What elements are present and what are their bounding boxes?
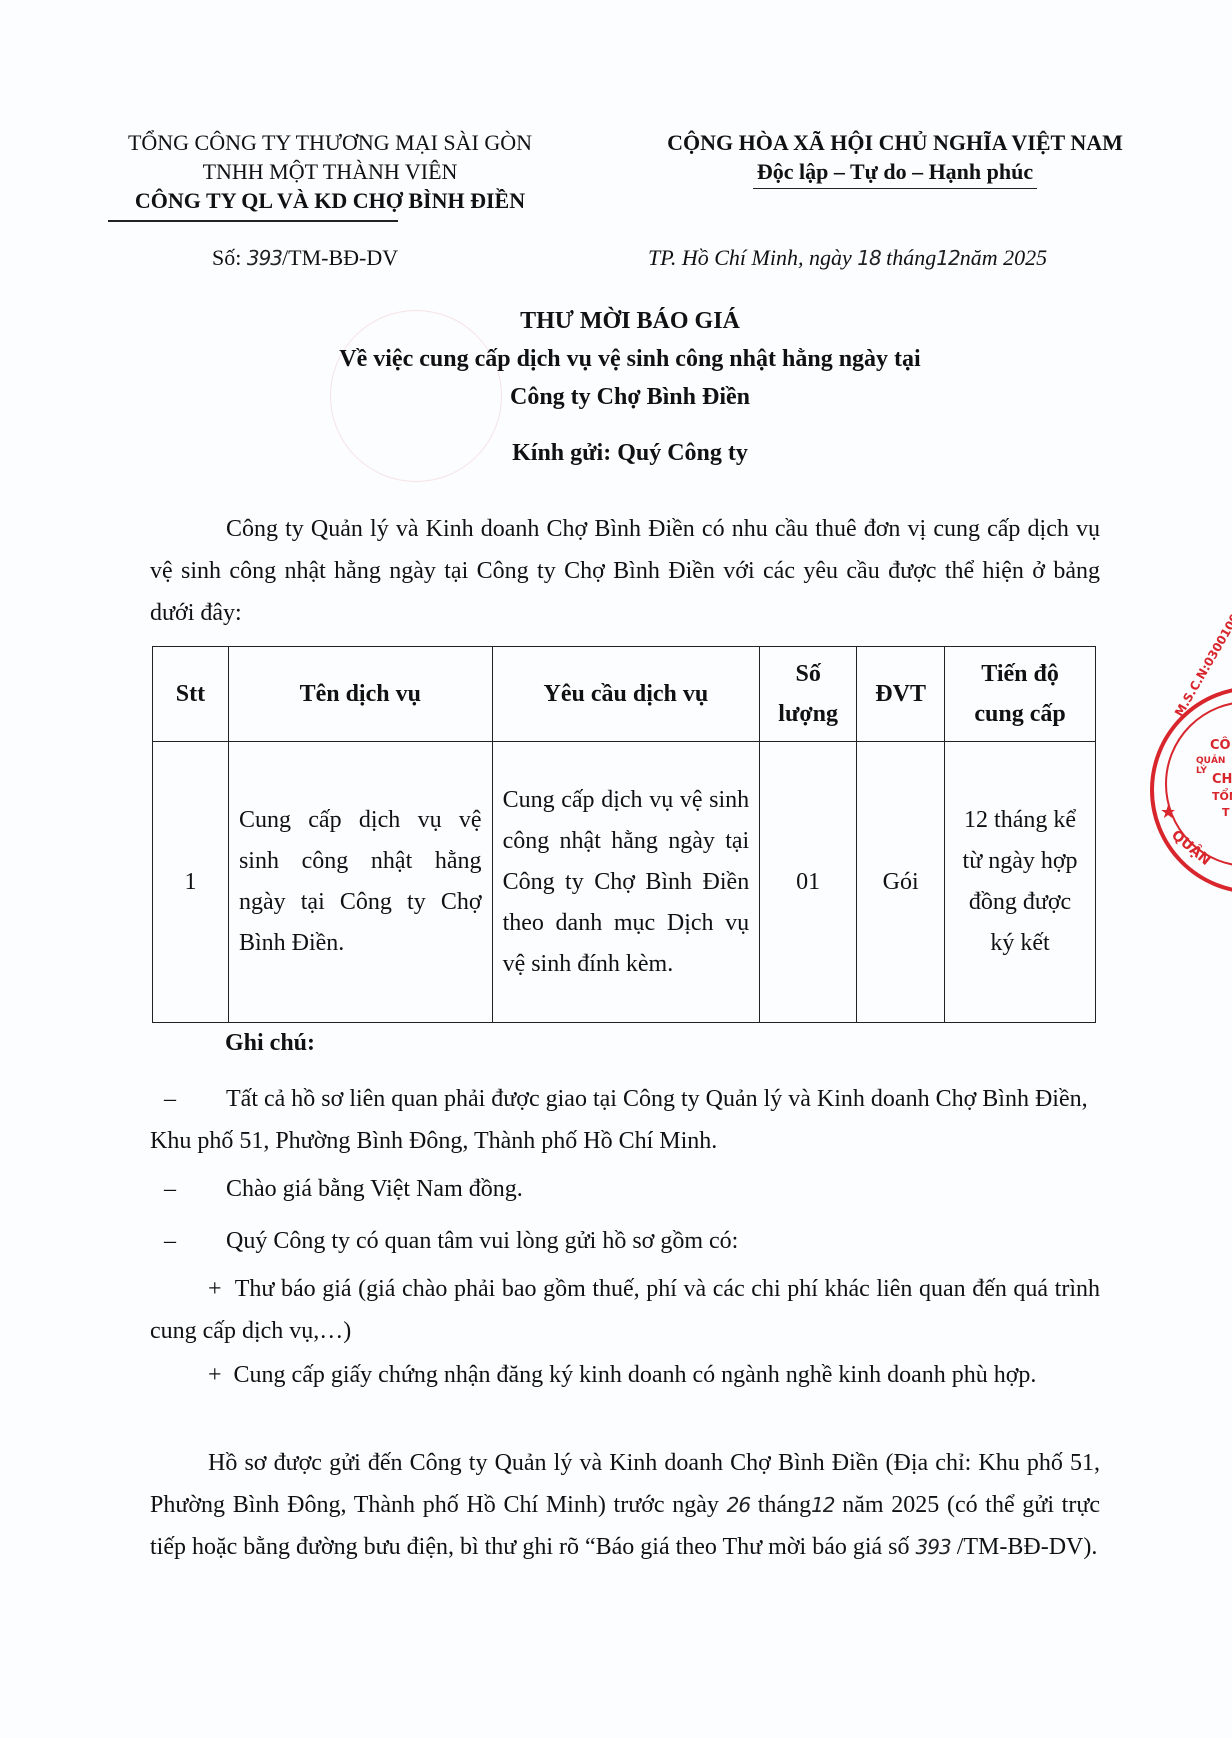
national-header: CỘNG HÒA XÃ HỘI CHỦ NGHĨA VIỆT NAM Độc l… xyxy=(625,128,1165,189)
national-title: CỘNG HÒA XÃ HỘI CHỦ NGHĨA VIỆT NAM xyxy=(625,128,1165,157)
col-header-unit: ĐVT xyxy=(857,647,945,742)
table-header-row: Stt Tên dịch vụ Yêu cầu dịch vụ Số lượng… xyxy=(153,647,1096,742)
col-header-service-name: Tên dịch vụ xyxy=(228,647,492,742)
issuer-header: TỔNG CÔNG TY THƯƠNG MẠI SÀI GÒN TNHH MỘT… xyxy=(80,128,580,215)
cell-unit: Gói xyxy=(857,742,945,1023)
greeting: Kính gửi: Quý Công ty xyxy=(150,440,1110,467)
note-plus-marker: + xyxy=(208,1276,222,1302)
note-text: Chào giá bằng Việt Nam đồng. xyxy=(226,1176,523,1202)
cell-quantity: 01 xyxy=(760,742,857,1023)
note-item: –Tất cả hồ sơ liên quan phải được giao t… xyxy=(150,1078,1100,1162)
service-table: Stt Tên dịch vụ Yêu cầu dịch vụ Số lượng… xyxy=(152,646,1096,1023)
note-sub-item: + Thư báo giá (giá chào phải bao gồm thu… xyxy=(150,1268,1100,1352)
note-dash-marker: – xyxy=(150,1168,226,1210)
date-prefix: TP. Hồ Chí Minh, ngày xyxy=(648,245,857,270)
issuer-company-name: CÔNG TY QL VÀ KD CHỢ BÌNH ĐIỀN xyxy=(80,186,580,215)
doc-number-handwritten: 393 xyxy=(247,246,282,270)
notes-title: Ghi chú: xyxy=(225,1030,315,1057)
note-sub-text: Thư báo giá (giá chào phải bao gồm thuế,… xyxy=(150,1276,1100,1344)
document-subject-line2: Công ty Chợ Bình Điền xyxy=(150,378,1110,416)
closing-text-part2: tháng xyxy=(750,1492,811,1518)
date-month-handwritten: 12 xyxy=(936,246,959,270)
date-day-handwritten: 18 xyxy=(857,246,880,270)
parent-company-type: TNHH MỘT THÀNH VIÊN xyxy=(80,157,580,186)
closing-paragraph: Hồ sơ được gửi đến Công ty Quản lý và Ki… xyxy=(150,1442,1100,1568)
col-header-requirement: Yêu cầu dịch vụ xyxy=(492,647,760,742)
document-date: TP. Hồ Chí Minh, ngày 18 tháng12năm 2025 xyxy=(648,245,1047,271)
deadline-month-handwritten: 12 xyxy=(811,1493,834,1517)
note-sub-text: Cung cấp giấy chứng nhận đăng ký kinh do… xyxy=(234,1362,1037,1388)
table-row: 1 Cung cấp dịch vụ vệ sinh công nhật hằn… xyxy=(153,742,1096,1023)
note-plus-marker: + xyxy=(208,1362,222,1388)
col-header-stt: Stt xyxy=(153,647,229,742)
document-title: THƯ MỜI BÁO GIÁ xyxy=(150,302,1110,340)
intro-paragraph: Công ty Quản lý và Kinh doanh Chợ Bình Đ… xyxy=(150,508,1100,634)
document-number: Số: 393/TM-BĐ-DV xyxy=(212,245,398,271)
cell-service-name: Cung cấp dịch vụ vệ sinh công nhật hằng … xyxy=(228,742,492,1023)
date-year-label: năm 2025 xyxy=(960,245,1047,270)
national-motto: Độc lập – Tự do – Hạnh phúc xyxy=(753,157,1037,189)
seal-inner-line5: T xyxy=(1222,806,1230,819)
parent-company-name: TỔNG CÔNG TY THƯƠNG MẠI SÀI GÒN xyxy=(80,128,580,157)
note-sub-item: + Cung cấp giấy chứng nhận đăng ký kinh … xyxy=(150,1354,1100,1396)
col-header-quantity: Số lượng xyxy=(760,647,857,742)
note-item: –Quý Công ty có quan tâm vui lòng gửi hồ… xyxy=(150,1220,1100,1262)
date-month-label: tháng xyxy=(881,245,937,270)
note-text: Tất cả hồ sơ liên quan phải được giao tạ… xyxy=(150,1086,1088,1154)
seal-inner-line3: CH xyxy=(1212,772,1232,787)
note-dash-marker: – xyxy=(150,1078,226,1120)
note-dash-marker: – xyxy=(150,1220,226,1262)
deadline-day-handwritten: 26 xyxy=(727,1493,750,1517)
note-item: –Chào giá bằng Việt Nam đồng. xyxy=(150,1168,1100,1210)
seal-star-icon: ★ xyxy=(1160,802,1176,823)
cell-requirement: Cung cấp dịch vụ vệ sinh công nhật hằng … xyxy=(492,742,760,1023)
document-subject-line1: Về việc cung cấp dịch vụ vệ sinh công nh… xyxy=(150,340,1110,378)
cell-schedule: 12 tháng kể từ ngày hợp đồng được ký kết xyxy=(945,742,1096,1023)
doc-number-suffix: /TM-BĐ-DV xyxy=(282,245,398,270)
document-title-block: THƯ MỜI BÁO GIÁ Về việc cung cấp dịch vụ… xyxy=(150,302,1110,416)
col-header-schedule: Tiến độ cung cấp xyxy=(945,647,1096,742)
seal-inner-line4: TỔN xyxy=(1212,790,1232,803)
issuer-underline xyxy=(108,220,398,222)
doc-number-prefix: Số: xyxy=(212,245,247,270)
seal-inner-line1: CÔ xyxy=(1210,738,1231,753)
ref-number-handwritten: 393 xyxy=(916,1535,951,1559)
closing-text-part4: /TM-BĐ-DV). xyxy=(951,1534,1098,1560)
note-text: Quý Công ty có quan tâm vui lòng gửi hồ … xyxy=(226,1228,738,1254)
cell-stt: 1 xyxy=(153,742,229,1023)
